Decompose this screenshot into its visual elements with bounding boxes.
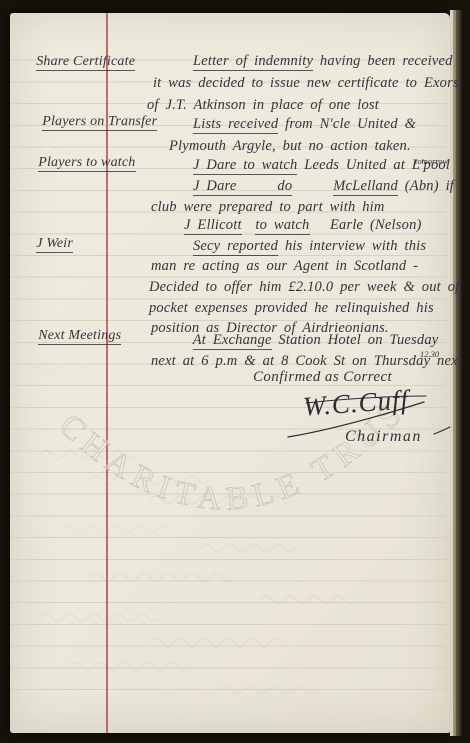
minute-heading-j-weir: J Weir <box>14 220 73 268</box>
handwritten-content: Share Certificate Letter of indemnity ha… <box>0 0 470 743</box>
chairman-signature: W.C.Cuff <box>302 384 410 422</box>
time-annotation: 12.30 <box>420 349 439 359</box>
minute-heading-players-to-watch: Players to watch <box>16 139 136 187</box>
scanned-minute-book-page: CHARITABLE TRUST CHARITABLE TRUST Share … <box>0 0 470 743</box>
minute-heading-next-meetings: Next Meetings <box>16 312 121 360</box>
confirmation-line: Confirmed as Correct <box>253 369 392 386</box>
chairman-title: Chairman <box>345 428 422 446</box>
